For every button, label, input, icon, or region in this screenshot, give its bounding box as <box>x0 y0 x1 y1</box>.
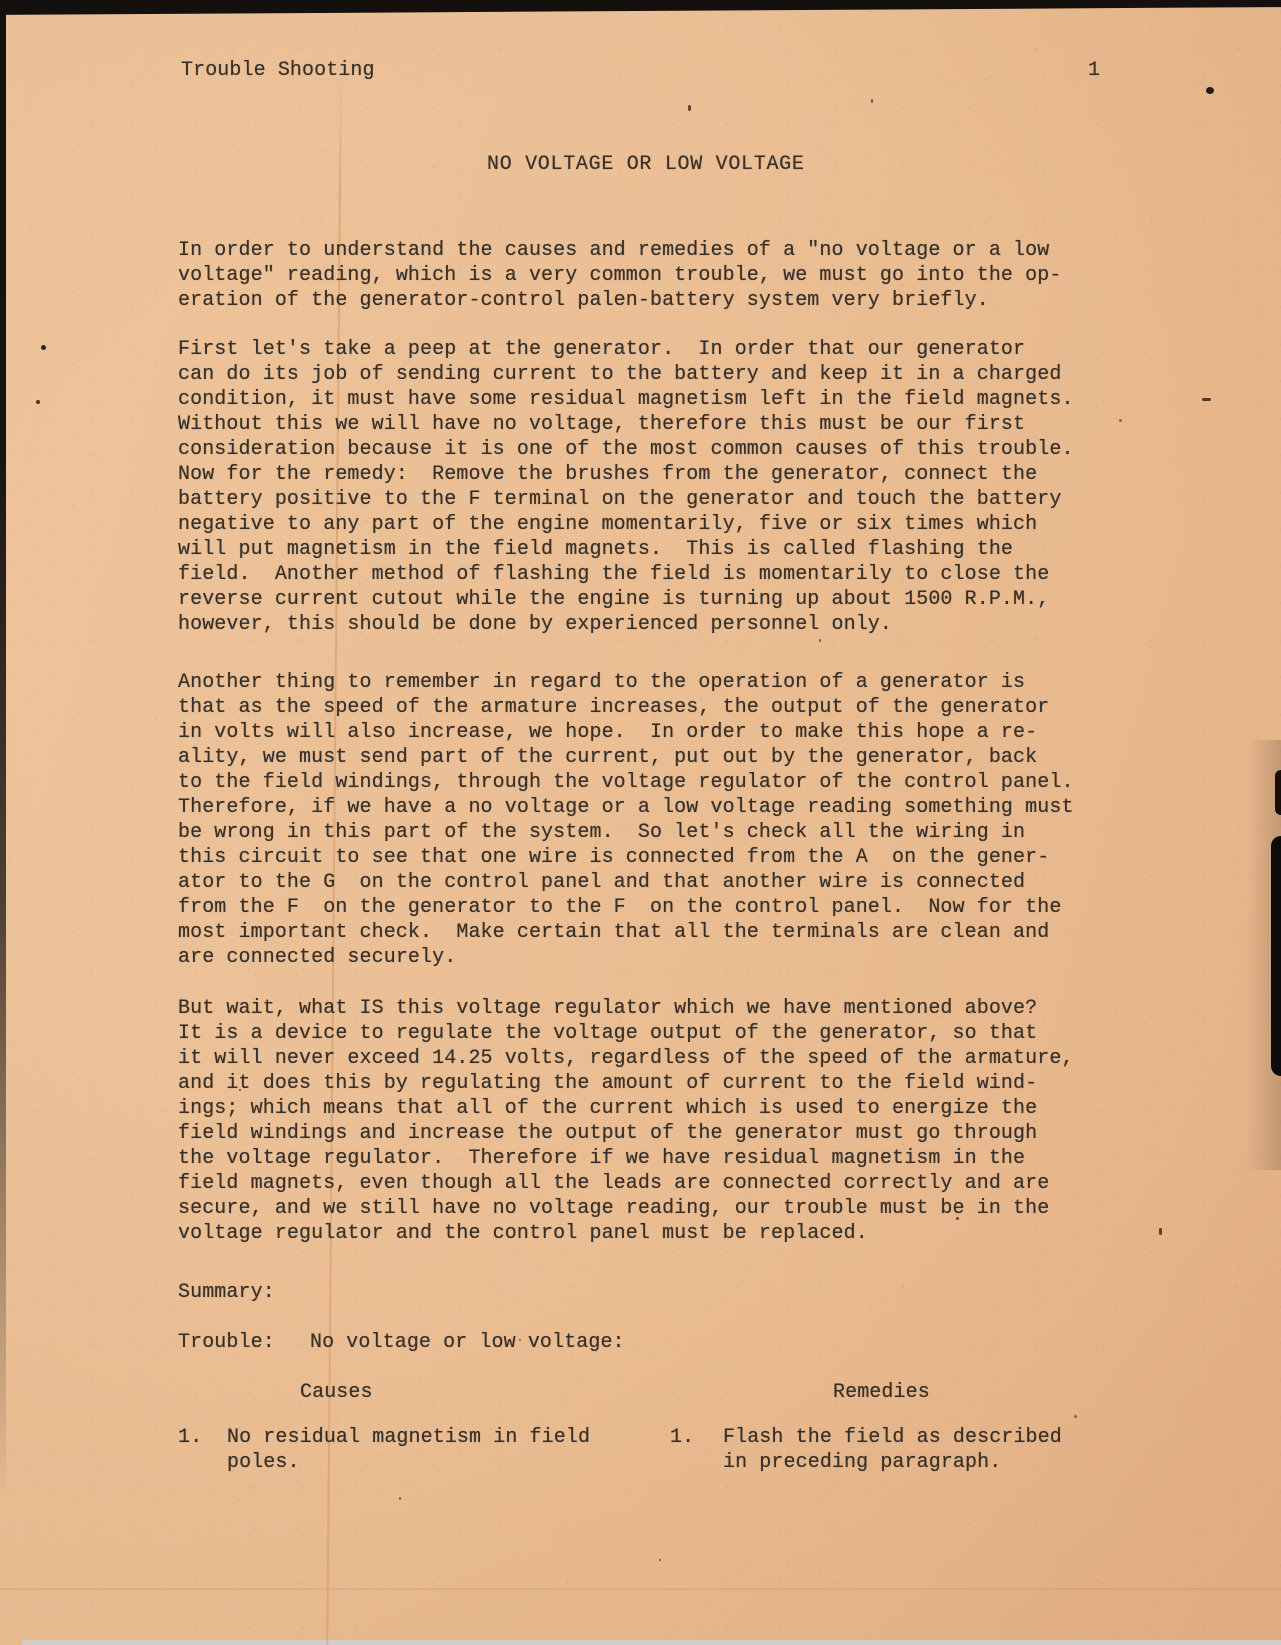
body-paragraph: In order to understand the causes and re… <box>178 238 1061 313</box>
paper-speck <box>1159 1228 1162 1235</box>
paper-speck <box>688 105 691 111</box>
paper-speck <box>399 1497 401 1500</box>
cause-item-number: 1. <box>178 1425 202 1450</box>
causes-column-header: Causes <box>300 1380 373 1405</box>
scan-edge-bottom <box>22 1640 1281 1645</box>
header-page-number: 1 <box>1088 58 1100 83</box>
paper-speck <box>36 400 40 404</box>
remedy-item-number: 1. <box>670 1425 694 1450</box>
paper-speck <box>41 345 46 350</box>
paper-crease-horizontal <box>0 1588 1281 1590</box>
paper-speck <box>1202 398 1211 401</box>
paper-speck <box>871 99 873 103</box>
page-title: NO VOLTAGE OR LOW VOLTAGE <box>487 152 805 177</box>
paper-speck <box>819 639 821 642</box>
body-paragraph: Another thing to remember in regard to t… <box>178 670 1074 970</box>
header-section-label: Trouble Shooting <box>181 58 375 83</box>
paper-speck <box>1119 419 1122 422</box>
paper-speck <box>1074 1415 1077 1418</box>
remedies-column-header: Remedies <box>833 1380 930 1405</box>
scan-edge-right-mark <box>1275 770 1281 815</box>
body-paragraph: But wait, what IS this voltage regulator… <box>178 996 1074 1246</box>
paper-speck <box>1206 87 1214 94</box>
body-paragraph: First let's take a peep at the generator… <box>178 337 1074 637</box>
summary-label: Summary: <box>178 1280 275 1305</box>
trouble-value: No voltage or low voltage: <box>310 1330 625 1355</box>
scan-edge-top <box>0 0 1281 15</box>
trouble-label: Trouble: <box>178 1330 275 1355</box>
scan-edge-left <box>0 0 6 1500</box>
scan-edge-right-tear <box>1271 836 1281 1076</box>
scanned-document-page: Trouble Shooting 1 NO VOLTAGE OR LOW VOL… <box>0 0 1281 1645</box>
paper-speck <box>659 1559 661 1561</box>
remedy-item-text: Flash the field as described in precedin… <box>723 1425 1062 1475</box>
cause-item-text: No residual magnetism in field poles. <box>227 1425 590 1475</box>
